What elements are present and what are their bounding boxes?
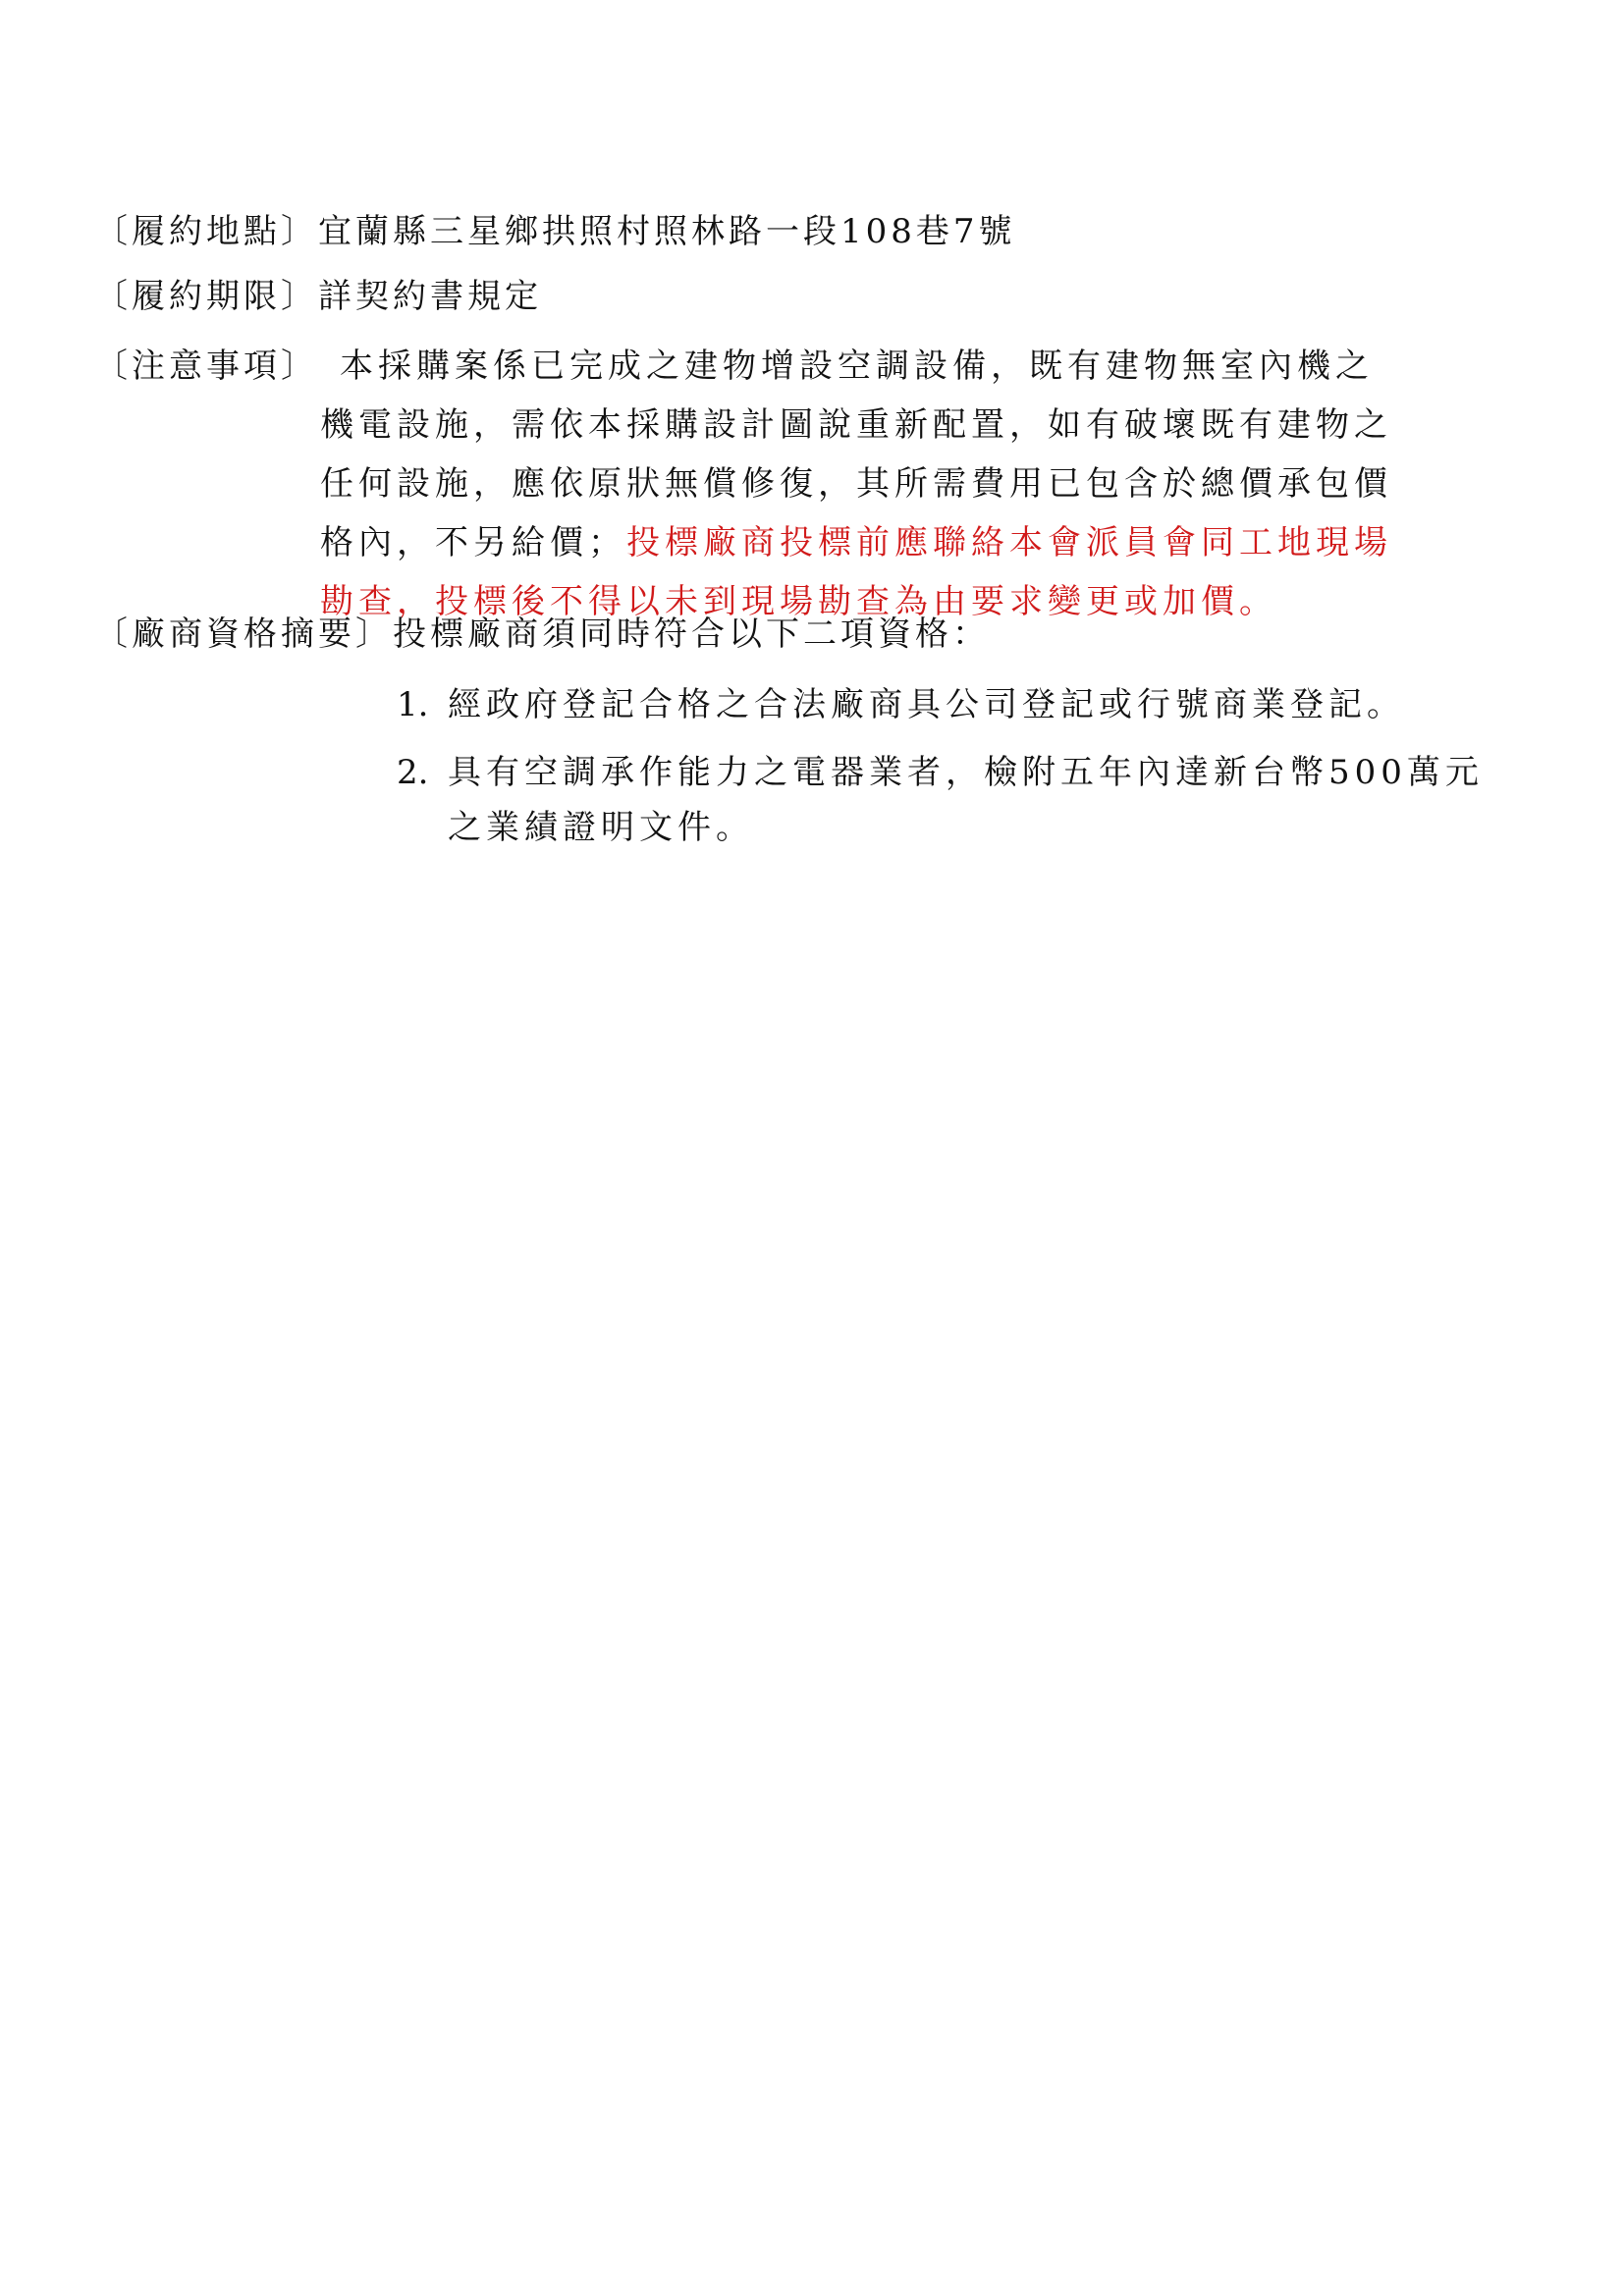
qualification-item-1: 1.經政府登記合格之合法廠商具公司登記或行號商業登記。: [397, 675, 1405, 734]
item-text: 經政府登記合格之合法廠商具公司登記或行號商業登記。: [448, 685, 1405, 724]
notes-line: 任何設施，應依原狀無償修復，其所需費用已包含於總價承包價: [320, 454, 1392, 513]
section-label: 〔廠商資格摘要〕: [94, 614, 393, 654]
section-content: 詳契約書規定: [318, 277, 542, 316]
notes-text: 任何設施，應依原狀無償修復，其所需費用已包含於總價承包價: [320, 464, 1392, 504]
section-notes-body: 本採購案係已完成之建物增設空調設備，既有建物無室內機之 機電設施，需依本採購設計…: [340, 337, 1392, 631]
item-text: 具有空調承作能力之電器業者，檢附五年內達新台幣500萬元: [448, 753, 1484, 792]
notes-line: 格內，不另給價；投標廠商投標前應聯絡本會派員會同工地現場: [320, 513, 1392, 572]
qualification-item-2: 2.具有空調承作能力之電器業者，檢附五年內達新台幣500萬元 之業績證明文件。: [397, 743, 1484, 857]
notes-text: 機電設施，需依本採購設計圖說重新配置，如有破壞既有建物之: [320, 405, 1392, 445]
notes-line: 機電設施，需依本採購設計圖說重新配置，如有破壞既有建物之: [320, 396, 1392, 454]
item-number: 1.: [397, 675, 448, 734]
notes-text: 格內，不另給價；: [320, 523, 626, 562]
item-number: 2.: [397, 743, 448, 802]
notes-line: 本採購案係已完成之建物增設空調設備，既有建物無室內機之: [340, 337, 1392, 396]
section-label: 〔履約期限〕: [94, 277, 318, 316]
section-notes-label: 〔注意事項〕: [94, 343, 318, 390]
section-period: 〔履約期限〕詳契約書規定: [94, 273, 542, 320]
section-content: 投標廠商須同時符合以下二項資格：: [393, 614, 990, 654]
item-text: 之業績證明文件。: [448, 808, 754, 847]
section-qualifications: 〔廠商資格摘要〕投標廠商須同時符合以下二項資格：: [94, 611, 990, 658]
section-label: 〔履約地點〕: [94, 212, 318, 251]
document-page: 〔履約地點〕宜蘭縣三星鄉拱照村照林路一段108巷7號 〔履約期限〕詳契約書規定 …: [0, 0, 1624, 2296]
notes-text: 本採購案係已完成之建物增設空調設備，既有建物無室內機之: [340, 347, 1374, 386]
section-location: 〔履約地點〕宜蘭縣三星鄉拱照村照林路一段108巷7號: [94, 208, 1016, 255]
section-content: 宜蘭縣三星鄉拱照村照林路一段108巷7號: [318, 212, 1016, 251]
notes-warning-text: 投標廠商投標前應聯絡本會派員會同工地現場: [626, 523, 1392, 562]
section-label: 〔注意事項〕: [94, 347, 318, 386]
